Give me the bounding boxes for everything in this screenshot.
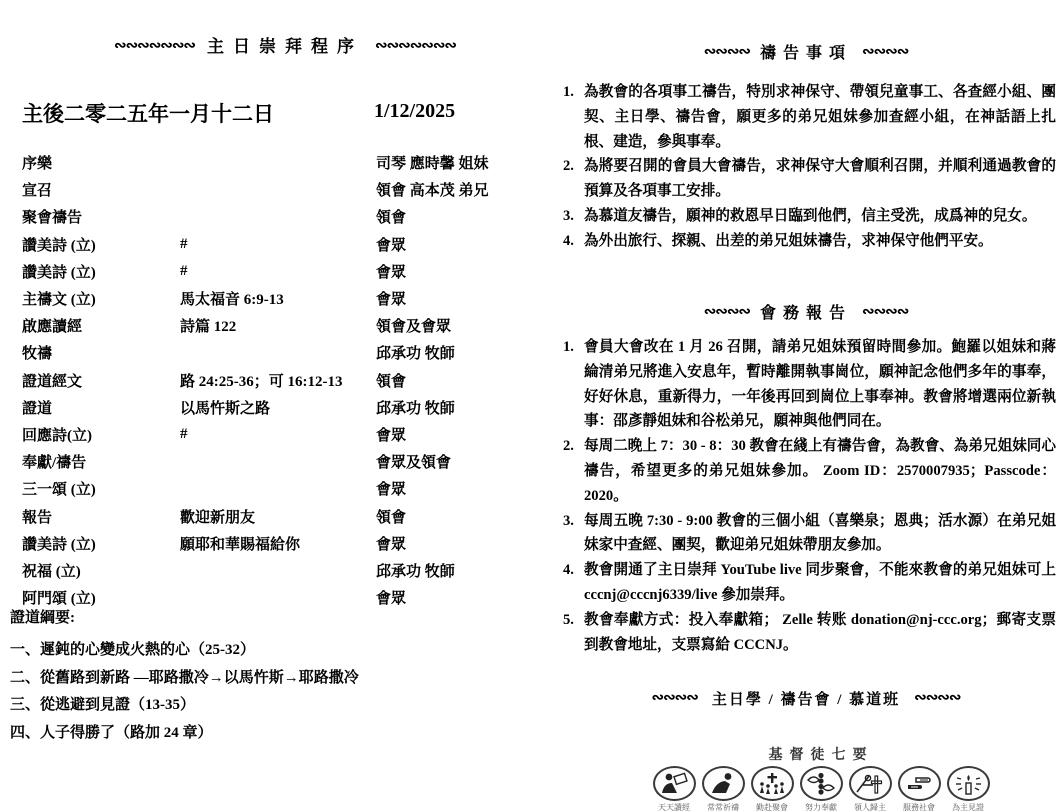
order-item-label: 證道 bbox=[22, 397, 180, 418]
order-item-label: 讚美詩 (立) bbox=[22, 533, 180, 554]
item-number: 3. bbox=[563, 204, 584, 229]
report-heading-text: 會務報告 bbox=[760, 305, 852, 322]
essential-item: 常常祈禱 bbox=[699, 766, 748, 811]
list-item: 4.為外出旅行、探親、出差的弟兄姐妹禱告，求神保守他們平安。 bbox=[563, 229, 1056, 254]
table-row: 主禱文 (立)馬太福音 6:9-13會眾 bbox=[22, 285, 562, 312]
witness-candle-icon bbox=[947, 766, 990, 801]
order-item-performer: 會眾 bbox=[376, 478, 562, 499]
ornament-right: ∾∾∾∾ bbox=[862, 304, 908, 320]
order-item-content: # bbox=[180, 263, 376, 280]
page-title-text: 主日崇拜程序 bbox=[207, 37, 363, 56]
classes-section-heading: ∾∾∾∾主日學 / 禱告會 / 慕道班∾∾∾∾ bbox=[565, 688, 1047, 709]
order-item-performer: 會眾 bbox=[376, 288, 562, 309]
order-item-label: 讚美詩 (立) bbox=[22, 234, 180, 255]
essential-item: 勤赴聚會 bbox=[748, 766, 797, 811]
ornament-right: ∾∾∾∾ bbox=[862, 44, 908, 60]
order-item-performer: 領會 bbox=[376, 506, 562, 527]
table-row: 讚美詩 (立)願耶和華賜福給你會眾 bbox=[22, 530, 562, 557]
order-item-performer: 邱承功 牧師 bbox=[376, 560, 562, 581]
order-item-performer: 邱承功 牧師 bbox=[376, 397, 562, 418]
item-text: 為教會的各項事工禱告，特別求神保守、帶領兒童事工、各查經小組、團契、主日學、禱告… bbox=[584, 80, 1056, 154]
order-item-label: 聚會禱告 bbox=[22, 206, 180, 227]
list-item: 3.為慕道友禱告，願神的救恩早日臨到他們，信主受洗，成爲神的兒女。 bbox=[563, 204, 1056, 229]
list-item: 2.為將要召開的會員大會禱告，求神保守大會順利召開，并順利通過教會的預算及各項事… bbox=[563, 154, 1056, 204]
item-text: 為將要召開的會員大會禱告，求神保守大會順利召開，并順利通過教會的預算及各項事工安… bbox=[584, 154, 1056, 204]
bulletin-page: ∾∾∾∾∾∾∾主日崇拜程序∾∾∾∾∾∾∾ 主後二零二五年一月十二日 1/12/2… bbox=[0, 0, 1057, 811]
order-item-performer: 邱承功 牧師 bbox=[376, 342, 562, 363]
order-item-label: 主禱文 (立) bbox=[22, 288, 180, 309]
essential-label: 努力奉獻 bbox=[805, 802, 837, 811]
essential-label: 領人歸主 bbox=[854, 802, 886, 811]
prayer-items-list: 1.為教會的各項事工禱告，特別求神保守、帶領兒童事工、各查經小組、團契、主日學、… bbox=[563, 80, 1056, 254]
order-item-performer: 領會 bbox=[376, 206, 562, 227]
order-item-label: 序樂 bbox=[22, 152, 180, 173]
ornament-left: ∾∾∾∾ bbox=[704, 44, 750, 60]
essential-label: 常常祈禱 bbox=[707, 802, 739, 811]
essential-item: 領人歸主 bbox=[846, 766, 895, 811]
list-item: 1.為教會的各項事工禱告，特別求神保守、帶領兒童事工、各查經小組、團契、主日學、… bbox=[563, 80, 1056, 154]
order-item-content: 詩篇 122 bbox=[180, 315, 376, 336]
prayer-section-heading: ∾∾∾∾禱告事項∾∾∾∾ bbox=[565, 40, 1047, 63]
item-text: 每周二晚上 7：30 - 8：30 教會在綫上有禱告會，為教會、為弟兄姐妹同心禱… bbox=[584, 434, 1056, 508]
kneeling-prayer-icon bbox=[702, 766, 745, 801]
item-text: 為慕道友禱告，願神的救恩早日臨到他們，信主受洗，成爲神的兒女。 bbox=[584, 204, 1056, 229]
list-item: 4.教會開通了主日崇拜 YouTube live 同步聚會，不能來教會的弟兄姐妹… bbox=[563, 558, 1056, 608]
ornament-right: ∾∾∾∾∾∾∾ bbox=[375, 38, 456, 54]
table-row: 序樂司琴 應時馨 姐妹 bbox=[22, 149, 562, 176]
list-item: 5.教會奉獻方式：投入奉獻箱； Zelle 转账 donation@nj-ccc… bbox=[563, 608, 1056, 658]
report-items-list: 1.會員大會改在 1 月 26 召開，請弟兄姐妹預留時間參加。鮑羅以姐妹和蔣綸清… bbox=[563, 335, 1056, 657]
table-row: 牧禱邱承功 牧師 bbox=[22, 339, 562, 366]
seven-essentials-icons: 天天讀經 常常祈禱 勤赴聚會 努力奉獻 bbox=[645, 766, 997, 811]
order-item-performer: 領會 高本茂 弟兄 bbox=[376, 179, 562, 200]
prayer-heading-text: 禱告事項 bbox=[760, 45, 852, 62]
essential-item: 努力奉獻 bbox=[797, 766, 846, 811]
list-item: 2.每周二晚上 7：30 - 8：30 教會在綫上有禱告會，為教會、為弟兄姐妹同… bbox=[563, 434, 1056, 508]
order-item-performer: 會眾 bbox=[376, 234, 562, 255]
outline-item: 一、遲鈍的心變成火熱的心（25-32） bbox=[10, 637, 550, 665]
table-row: 阿門頌 (立)會眾 bbox=[22, 584, 562, 611]
item-text: 為外出旅行、探親、出差的弟兄姐妹禱告，求神保守他們平安。 bbox=[584, 229, 1056, 254]
outline-item: 三、從逃避到見證（13-35） bbox=[10, 692, 550, 720]
table-row: 讚美詩 (立)#會眾 bbox=[22, 258, 562, 285]
order-item-content: 願耶和華賜福給你 bbox=[180, 533, 376, 554]
order-item-content: # bbox=[180, 236, 376, 253]
order-item-label: 阿門頌 (立) bbox=[22, 587, 180, 608]
item-number: 2. bbox=[563, 434, 584, 508]
read-bible-icon bbox=[653, 766, 696, 801]
ornament-left: ∾∾∾∾ bbox=[652, 690, 698, 706]
item-number: 3. bbox=[563, 509, 584, 559]
essential-item: 天天讀經 bbox=[650, 766, 699, 811]
ornament-left: ∾∾∾∾ bbox=[704, 304, 750, 320]
item-text: 教會奉獻方式：投入奉獻箱； Zelle 转账 donation@nj-ccc.o… bbox=[584, 608, 1056, 658]
offering-fish-coins-icon bbox=[800, 766, 843, 801]
table-row: 證道經文路 24:25-36；可 16:12-13領會 bbox=[22, 367, 562, 394]
seven-essentials-graphic: 基督徒七要 天天讀經 常常祈禱 勤赴聚會 bbox=[645, 744, 997, 811]
order-item-label: 祝福 (立) bbox=[22, 560, 180, 581]
classes-heading-text: 主日學 / 禱告會 / 慕道班 bbox=[712, 692, 900, 708]
order-item-label: 報告 bbox=[22, 506, 180, 527]
table-row: 聚會禱告領會 bbox=[22, 203, 562, 230]
ornament-right: ∾∾∾∾ bbox=[914, 690, 960, 706]
order-item-content: # bbox=[180, 426, 376, 443]
report-section-heading: ∾∾∾∾會務報告∾∾∾∾ bbox=[565, 300, 1047, 323]
essential-label: 勤赴聚會 bbox=[756, 802, 788, 811]
table-row: 讚美詩 (立)#會眾 bbox=[22, 231, 562, 258]
table-row: 證道以馬忤斯之路邱承功 牧師 bbox=[22, 394, 562, 421]
lead-to-christ-icon bbox=[849, 766, 892, 801]
table-row: 回應詩(立)#會眾 bbox=[22, 421, 562, 448]
item-text: 每周五晚 7:30 - 9:00 教會的三個小組（喜樂泉；恩典；活水源）在弟兄姐… bbox=[584, 509, 1056, 559]
order-item-performer: 會眾 bbox=[376, 261, 562, 282]
order-item-content: 馬太福音 6:9-13 bbox=[180, 288, 376, 309]
order-item-label: 回應詩(立) bbox=[22, 424, 180, 445]
essential-item: 服務社會 bbox=[895, 766, 944, 811]
table-row: 奉獻/禱告會眾及領會 bbox=[22, 448, 562, 475]
essential-label: 服務社會 bbox=[903, 802, 935, 811]
item-number: 4. bbox=[563, 558, 584, 608]
ornament-left: ∾∾∾∾∾∾∾ bbox=[114, 38, 195, 54]
order-item-label: 證道經文 bbox=[22, 370, 180, 391]
order-item-performer: 會眾 bbox=[376, 587, 562, 608]
table-row: 祝福 (立)邱承功 牧師 bbox=[22, 557, 562, 584]
essential-label: 天天讀經 bbox=[658, 802, 690, 811]
order-item-performer: 領會 bbox=[376, 370, 562, 391]
congregation-cross-icon bbox=[751, 766, 794, 801]
list-item: 3.每周五晚 7:30 - 9:00 教會的三個小組（喜樂泉；恩典；活水源）在弟… bbox=[563, 509, 1056, 559]
worship-order-table: 序樂司琴 應時馨 姐妹 宣召領會 高本茂 弟兄 聚會禱告領會 讚美詩 (立)#會… bbox=[22, 149, 562, 611]
order-item-performer: 會眾及領會 bbox=[376, 451, 562, 472]
item-text: 教會開通了主日崇拜 YouTube live 同步聚會，不能來教會的弟兄姐妹可上… bbox=[584, 558, 1056, 608]
order-item-performer: 領會及會眾 bbox=[376, 315, 562, 336]
item-number: 4. bbox=[563, 229, 584, 254]
serving-hands-icon bbox=[898, 766, 941, 801]
page-title: ∾∾∾∾∾∾∾主日崇拜程序∾∾∾∾∾∾∾ bbox=[30, 32, 540, 57]
order-item-performer: 會眾 bbox=[376, 533, 562, 554]
item-text: 會員大會改在 1 月 26 召開，請弟兄姐妹預留時間參加。鮑羅以姐妹和蔣綸清弟兄… bbox=[584, 335, 1056, 434]
outline-item: 二、從舊路到新路 —耶路撒冷→以馬忤斯→耶路撒冷 bbox=[10, 665, 550, 693]
order-item-label: 牧禱 bbox=[22, 342, 180, 363]
essential-label: 為主見證 bbox=[952, 802, 984, 811]
date-numeric: 1/12/2025 bbox=[374, 100, 455, 123]
list-item: 1.會員大會改在 1 月 26 召開，請弟兄姐妹預留時間參加。鮑羅以姐妹和蔣綸清… bbox=[563, 335, 1056, 434]
item-number: 5. bbox=[563, 608, 584, 658]
table-row: 啟應讀經詩篇 122領會及會眾 bbox=[22, 312, 562, 339]
order-item-label: 奉獻/禱告 bbox=[22, 451, 180, 472]
sermon-outline-list: 一、遲鈍的心變成火熱的心（25-32） 二、從舊路到新路 —耶路撒冷→以馬忤斯→… bbox=[10, 637, 550, 747]
sermon-outline-heading: 證道綱要: bbox=[10, 606, 75, 627]
order-item-label: 宣召 bbox=[22, 179, 180, 200]
seven-essentials-title: 基督徒七要 bbox=[645, 744, 997, 764]
order-item-label: 啟應讀經 bbox=[22, 315, 180, 336]
essential-item: 為主見證 bbox=[944, 766, 993, 811]
order-item-performer: 會眾 bbox=[376, 424, 562, 445]
item-number: 2. bbox=[563, 154, 584, 204]
table-row: 三一頌 (立)會眾 bbox=[22, 475, 562, 502]
order-item-content: 歡迎新朋友 bbox=[180, 506, 376, 527]
order-item-performer: 司琴 應時馨 姐妹 bbox=[376, 152, 562, 173]
item-number: 1. bbox=[563, 335, 584, 434]
order-item-content: 路 24:25-36；可 16:12-13 bbox=[180, 370, 376, 391]
item-number: 1. bbox=[563, 80, 584, 154]
order-item-label: 讚美詩 (立) bbox=[22, 261, 180, 282]
order-item-label: 三一頌 (立) bbox=[22, 478, 180, 499]
table-row: 報告歡迎新朋友領會 bbox=[22, 502, 562, 529]
outline-item: 四、人子得勝了（路加 24 章） bbox=[10, 720, 550, 748]
date-chinese: 主後二零二五年一月十二日 bbox=[22, 98, 274, 128]
table-row: 宣召領會 高本茂 弟兄 bbox=[22, 176, 562, 203]
order-item-content: 以馬忤斯之路 bbox=[180, 397, 376, 418]
